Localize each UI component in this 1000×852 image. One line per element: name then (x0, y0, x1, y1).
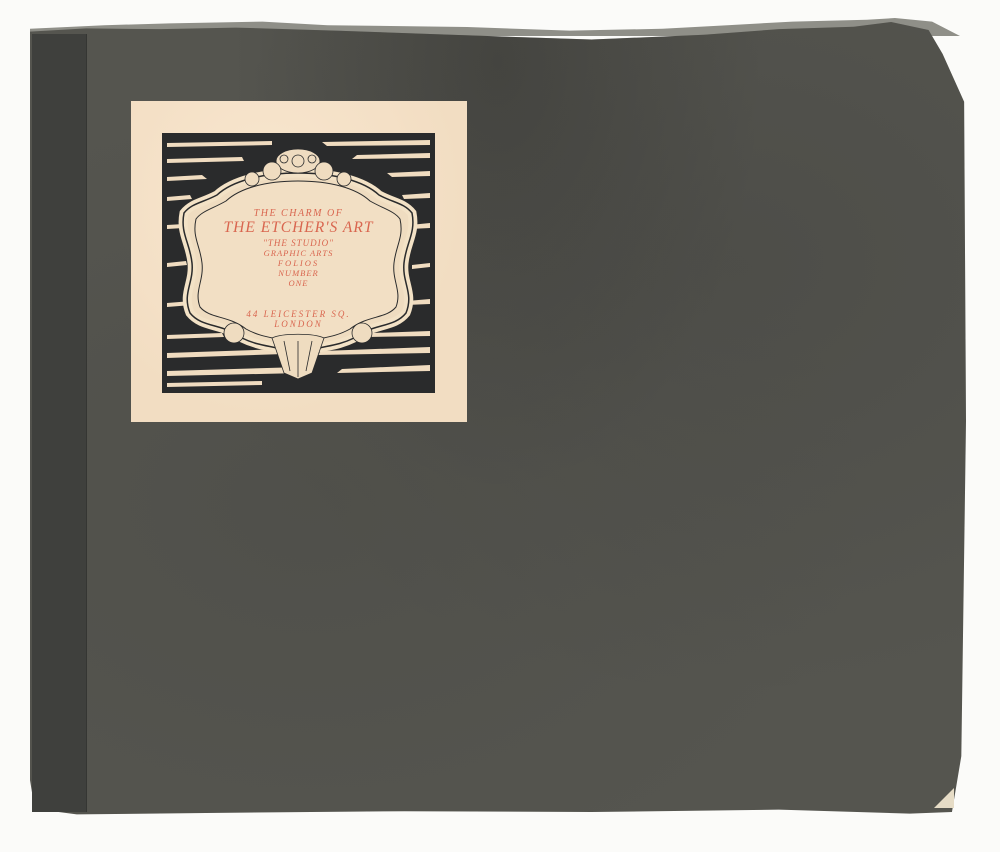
label-line-number: NUMBER (162, 268, 435, 278)
label-address-street: 44 LEICESTER SQ. (162, 309, 435, 319)
photo-scene: THE CHARM OF THE ETCHER'S ART "THE STUDI… (0, 0, 1000, 852)
label-line-one: ONE (162, 278, 435, 288)
label-line-folios: FOLIOS (162, 258, 435, 268)
label-line-graphic-arts: GRAPHIC ARTS (162, 248, 435, 258)
label-line-studio: "THE STUDIO" (162, 238, 435, 248)
cloth-spine (32, 34, 87, 812)
label-title: THE ETCHER'S ART (162, 219, 435, 237)
label-text: THE CHARM OF THE ETCHER'S ART "THE STUDI… (162, 133, 435, 393)
title-label: THE CHARM OF THE ETCHER'S ART "THE STUDI… (131, 101, 467, 422)
woodcut-frame: THE CHARM OF THE ETCHER'S ART "THE STUDI… (162, 133, 435, 393)
label-address-city: LONDON (162, 319, 435, 329)
label-line-charm: THE CHARM OF (162, 208, 435, 219)
